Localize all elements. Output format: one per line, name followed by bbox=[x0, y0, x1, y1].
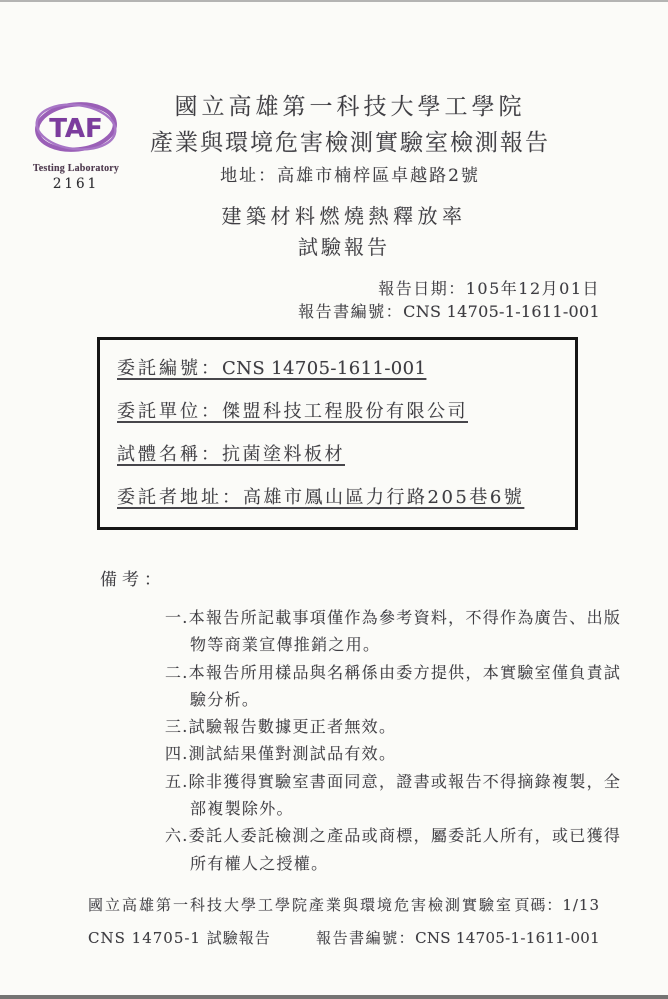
specimen-name-label: 試體名稱： bbox=[117, 444, 222, 465]
laboratory-address: 地址：高雄市楠梓區卓越路2號 bbox=[130, 162, 570, 190]
taf-lab-number: 2161 bbox=[31, 176, 121, 192]
scan-edge-bottom bbox=[0, 995, 668, 999]
footer-lab-name: 國立高雄第一科技大學工學院產業與環境危害檢測實驗室 bbox=[88, 895, 513, 916]
report-type-title: 試驗報告 bbox=[134, 232, 554, 263]
page-number: 頁碼：1/13 bbox=[514, 895, 600, 916]
remark-item-5: 五.除非獲得實驗室書面同意，證書或報告不得摘錄複製，全 部複製除外。 bbox=[165, 768, 610, 823]
commission-info-box: 委託編號：CNS 14705-1611-001 委託單位：傑盟科技工程股份有限公… bbox=[97, 337, 578, 530]
footer-doc-row: CNS 14705-1 試驗報告 報告書編號：CNS 14705-1-1611-… bbox=[88, 928, 600, 949]
taf-acronym: TAF bbox=[49, 114, 103, 144]
report-number-label: 報告書編號： bbox=[298, 302, 403, 321]
client-name-label: 委託單位： bbox=[117, 401, 222, 422]
footer-doc-name: CNS 14705-1 試驗報告 bbox=[88, 928, 271, 949]
commission-number-row: 委託編號：CNS 14705-1611-001 bbox=[117, 355, 567, 382]
remark-item-1: 一.本報告所記載事項僅作為參考資料，不得作為廣告、出版 物等商業宣傳推銷之用。 bbox=[165, 604, 610, 659]
remark-item-2: 二.本報告所用樣品與名稱係由委方提供，本實驗室僅負責試 驗分析。 bbox=[165, 659, 610, 714]
client-name-value: 傑盟科技工程股份有限公司 bbox=[222, 401, 468, 422]
report-page: { "page": { "background": "#fbfbf8", "in… bbox=[0, 0, 668, 999]
remarks-section: 備考： 一.本報告所記載事項僅作為參考資料，不得作為廣告、出版 物等商業宣傳推銷… bbox=[100, 569, 610, 877]
report-date: 報告日期：105年12月01日 bbox=[298, 277, 600, 300]
commission-number-value: CNS 14705-1611-001 bbox=[222, 358, 426, 379]
scan-edge-top bbox=[0, 0, 668, 2]
report-header: 國立高雄第一科技大學工學院 產業與環境危害檢測實驗室檢測報告 地址：高雄市楠梓區… bbox=[130, 90, 570, 190]
remark-item-6: 六.委託人委託檢測之產品或商標，屬委託人所有，或已獲得 所有權人之授權。 bbox=[165, 822, 610, 877]
remark-item-3: 三.試驗報告數據更正者無效。 bbox=[165, 713, 610, 740]
client-name-row: 委託單位：傑盟科技工程股份有限公司 bbox=[117, 398, 567, 425]
remarks-list: 一.本報告所記載事項僅作為參考資料，不得作為廣告、出版 物等商業宣傳推銷之用。 … bbox=[165, 604, 610, 877]
client-address-label: 委託者地址： bbox=[117, 487, 243, 508]
specimen-name-value: 抗菌塗料板材 bbox=[222, 444, 345, 465]
taf-logo: TAF Testing Laboratory 2161 bbox=[31, 100, 121, 192]
report-number-value: CNS 14705-1-1611-001 bbox=[403, 302, 600, 321]
institution-name: 國立高雄第一科技大學工學院 bbox=[130, 90, 570, 125]
report-number-line: 報告書編號：CNS 14705-1-1611-001 bbox=[298, 300, 600, 323]
footer-lab-row: 國立高雄第一科技大學工學院產業與環境危害檢測實驗室 頁碼：1/13 bbox=[88, 895, 600, 916]
laboratory-name: 產業與環境危害檢測實驗室檢測報告 bbox=[130, 125, 570, 161]
client-address-value: 高雄市鳳山區力行路205巷6號 bbox=[243, 487, 524, 508]
remark-item-4: 四.測試結果僅對測試品有效。 bbox=[165, 740, 610, 767]
remarks-label: 備考： bbox=[100, 569, 610, 591]
taf-logo-icon: TAF bbox=[33, 100, 119, 158]
test-subject-title: 建築材料燃燒熱釋放率 bbox=[134, 201, 554, 232]
document-title: 建築材料燃燒熱釋放率 試驗報告 bbox=[134, 201, 554, 263]
taf-label: Testing Laboratory bbox=[31, 163, 121, 174]
page-footer: 國立高雄第一科技大學工學院產業與環境危害檢測實驗室 頁碼：1/13 CNS 14… bbox=[88, 895, 600, 949]
report-meta: 報告日期：105年12月01日 報告書編號：CNS 14705-1-1611-0… bbox=[298, 277, 600, 323]
client-address-row: 委託者地址：高雄市鳳山區力行路205巷6號 bbox=[117, 484, 567, 511]
footer-report-number: 報告書編號：CNS 14705-1-1611-001 bbox=[316, 928, 600, 949]
specimen-name-row: 試體名稱：抗菌塗料板材 bbox=[117, 441, 567, 468]
commission-number-label: 委託編號： bbox=[117, 358, 222, 379]
